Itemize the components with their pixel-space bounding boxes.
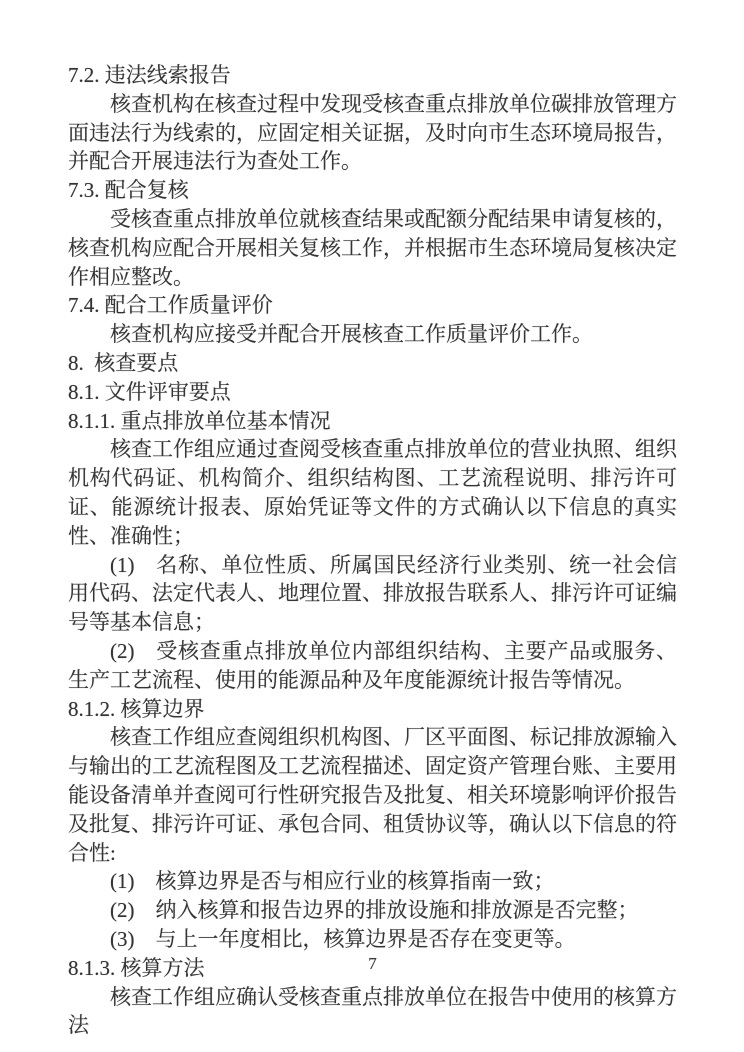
list-item-8-1-1-2: (2) 受核查重点排放单位内部组织结构、主要产品或服务、生产工艺流程、使用的能源… — [68, 637, 677, 695]
list-item-8-1-2-3: (3) 与上一年度相比，核算边界是否存在变更等。 — [68, 925, 677, 954]
document-content: 7.2. 违法线索报告 核查机构在核查过程中发现受核查重点排放单位碳排放管理方面… — [68, 61, 677, 1040]
list-item-8-1-2-2: (2) 纳入核算和报告边界的排放设施和排放源是否完整； — [68, 896, 677, 925]
heading-7-4: 7.4. 配合工作质量评价 — [68, 291, 677, 320]
page-number: 7 — [68, 953, 677, 975]
para-8-1-1: 核查工作组应通过查阅受核查重点排放单位的营业执照、组织机构代码证、机构简介、组织… — [68, 435, 677, 550]
heading-8: 8. 核查要点 — [68, 349, 677, 378]
para-8-1-2: 核查工作组应查阅组织机构图、厂区平面图、标记排放源输入与输出的工艺流程图及工艺流… — [68, 723, 677, 867]
document-page: 7.2. 违法线索报告 核查机构在核查过程中发现受核查重点排放单位碳排放管理方面… — [0, 0, 744, 1052]
para-7-4: 核查机构应接受并配合开展核查工作质量评价工作。 — [68, 320, 677, 349]
list-item-8-1-1-1: (1) 名称、单位性质、所属国民经济行业类别、统一社会信用代码、法定代表人、地理… — [68, 551, 677, 637]
para-8-1-3: 核查工作组应确认受核查重点排放单位在报告中使用的核算方法 — [68, 983, 677, 1041]
heading-8-1: 8.1. 文件评审要点 — [68, 378, 677, 407]
para-7-3: 受核查重点排放单位就核查结果或配额分配结果申请复核的，核查机构应配合开展相关复核… — [68, 205, 677, 291]
heading-7-2: 7.2. 违法线索报告 — [68, 61, 677, 90]
heading-8-1-1: 8.1.1. 重点排放单位基本情况 — [68, 407, 677, 436]
para-7-2: 核查机构在核查过程中发现受核查重点排放单位碳排放管理方面违法行为线索的，应固定相… — [68, 90, 677, 176]
list-item-8-1-2-1: (1) 核算边界是否与相应行业的核算指南一致； — [68, 867, 677, 896]
heading-8-1-2: 8.1.2. 核算边界 — [68, 695, 677, 724]
heading-7-3: 7.3. 配合复核 — [68, 176, 677, 205]
